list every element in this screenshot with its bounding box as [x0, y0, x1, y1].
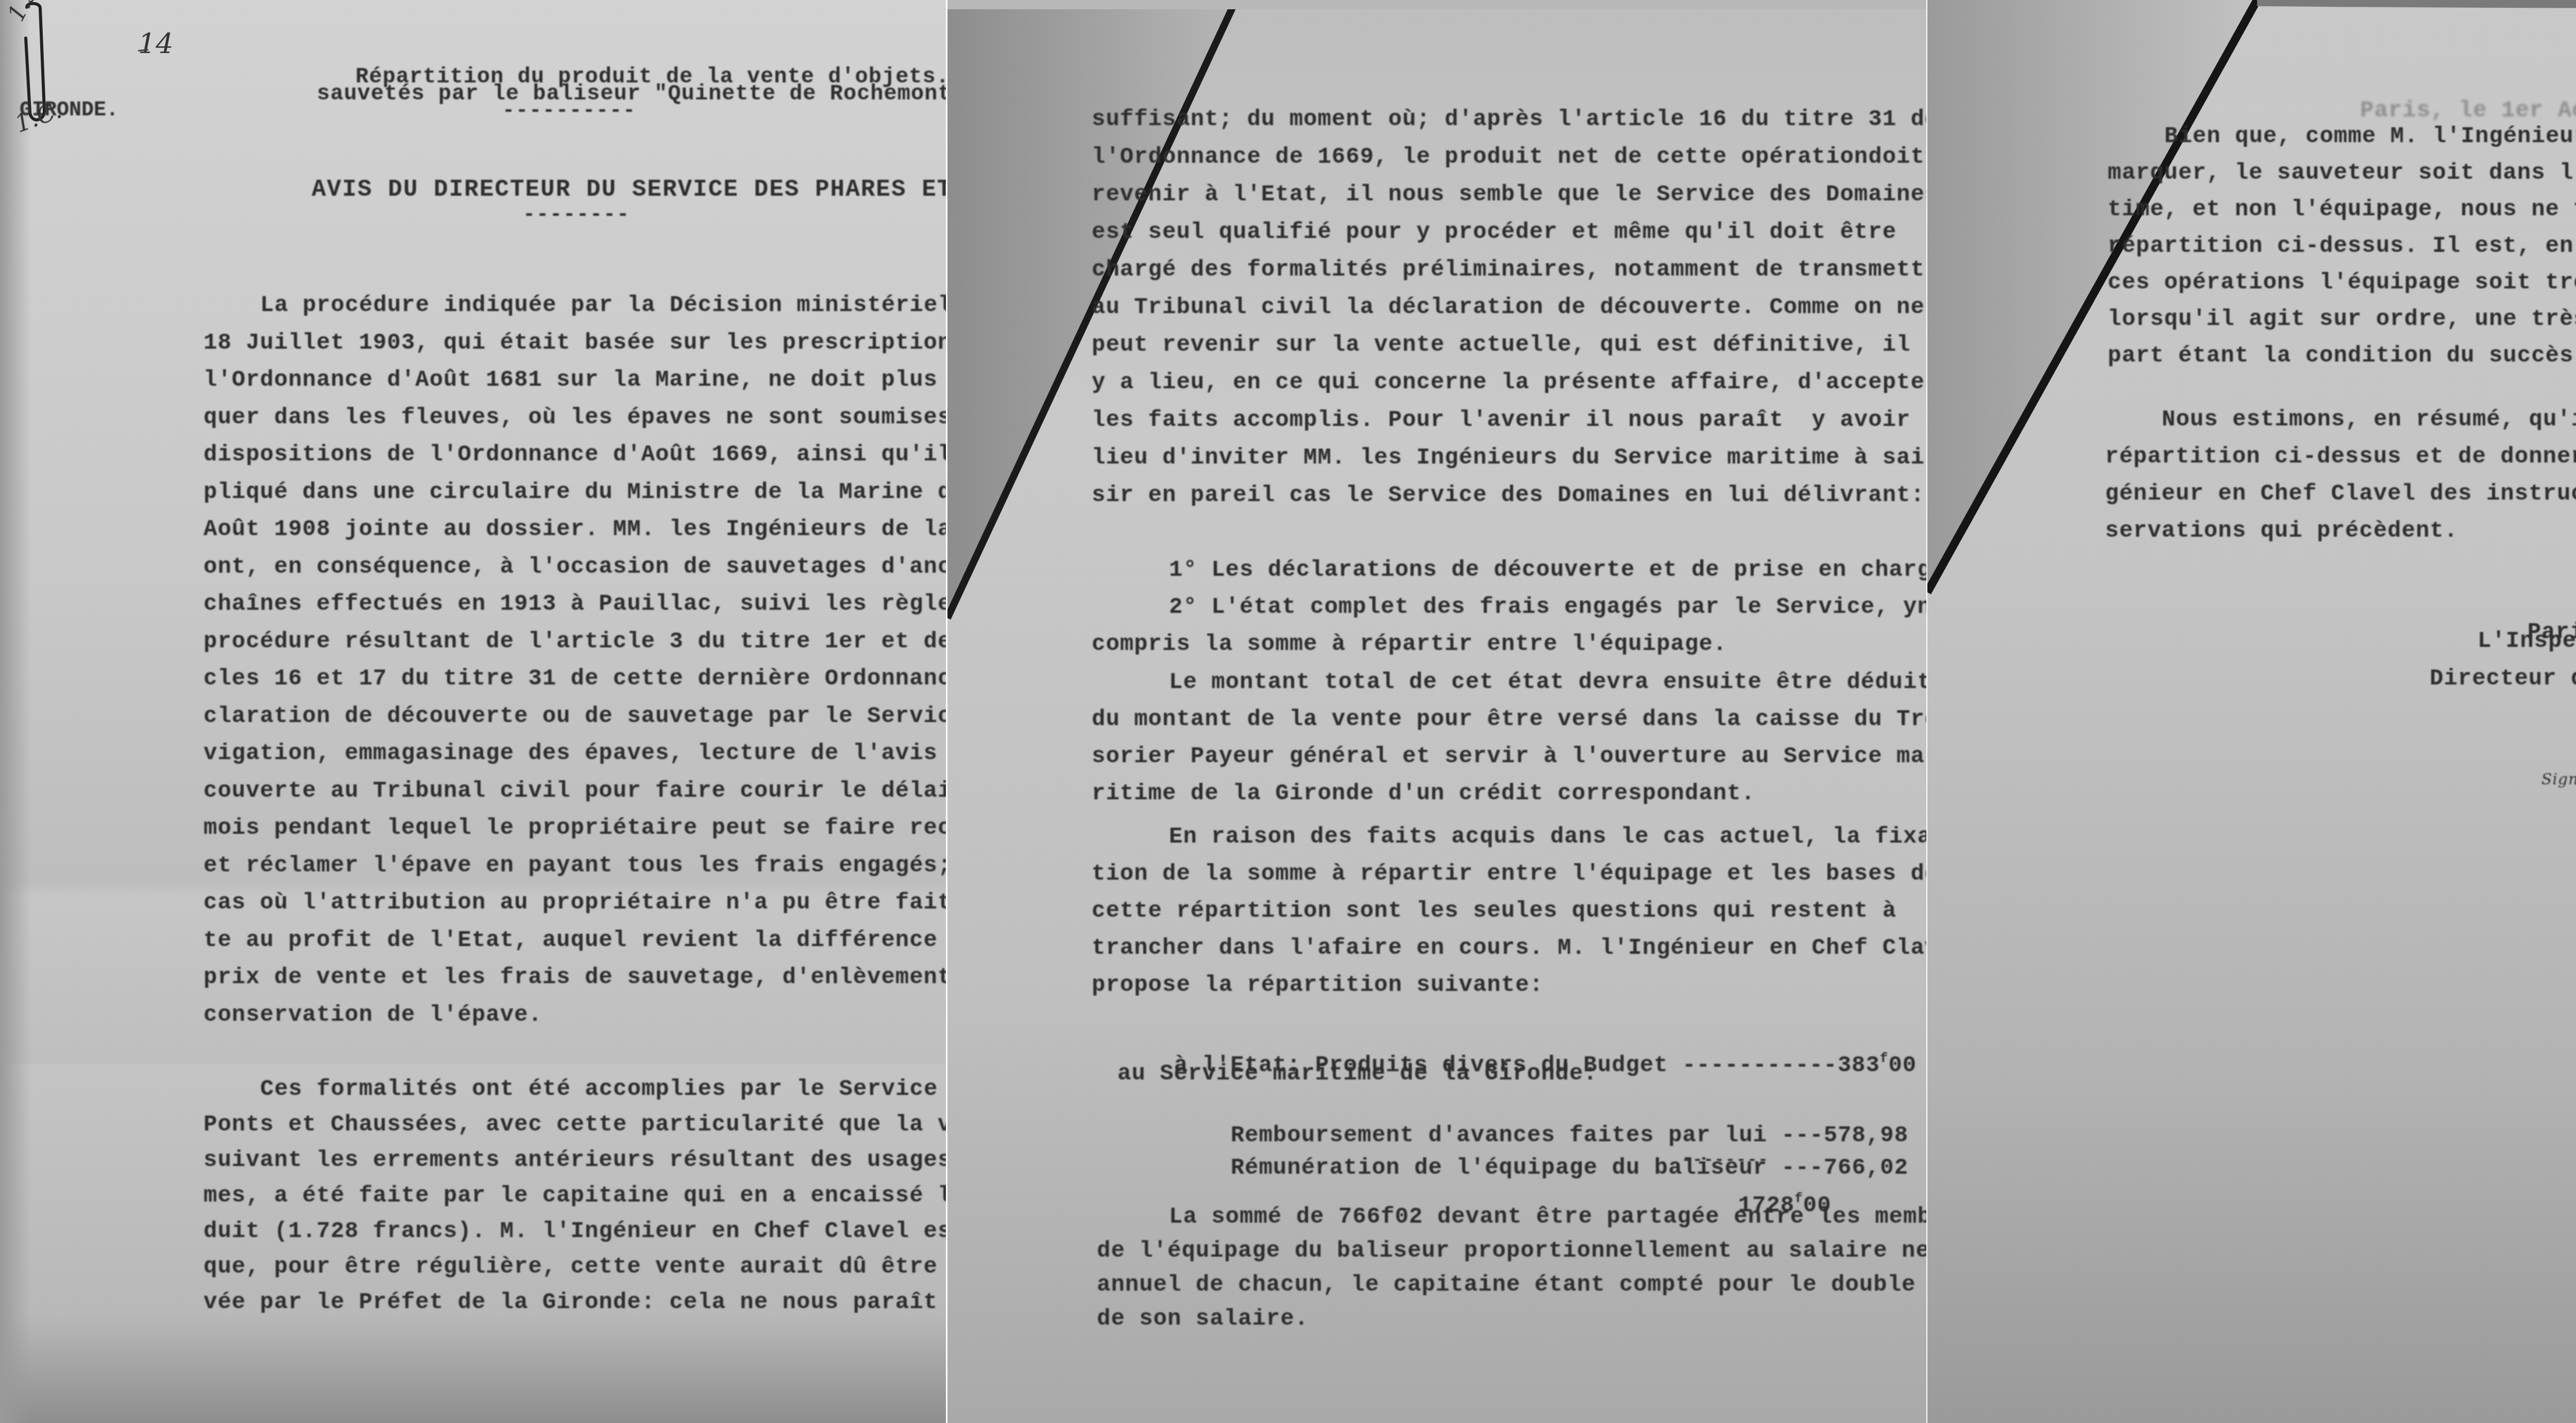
- text-line: 18 Juillet 1903, qui était basée sur les…: [204, 330, 946, 356]
- text-line: pliqué dans une circulaire du Ministre d…: [204, 479, 946, 505]
- text-line: En raison des faits acquis dans le cas a…: [1169, 824, 1926, 850]
- text-line: cles 16 et 17 du titre 31 de cette derni…: [204, 666, 946, 692]
- text-line: et réclamer l'épave en payant tous les f…: [204, 853, 946, 879]
- document-page-1: 1.364 14 1.C. GIRONDE. Répartition du pr…: [0, 0, 946, 1423]
- text-line: time, et non l'équipage, nous ne faisons…: [2108, 197, 2576, 222]
- page-1-left-shadow: [0, 0, 31, 1423]
- text-line: annuel de chacun, le capitaine étant com…: [1097, 1272, 1916, 1298]
- document-page-3: Paris, le 1er Août 1913 Bien que, comme …: [1927, 0, 2576, 1423]
- section-heading: AVIS DU DIRECTEUR DU SERVICE DES PHARES …: [312, 176, 946, 203]
- text-line: Ponts et Chaussées, avec cette particula…: [204, 1112, 946, 1138]
- text-line: trancher dans l'afaire en cours. M. l'In…: [1092, 935, 1926, 961]
- text-line: mes, a été faite par le capitaine qui en…: [204, 1183, 946, 1209]
- signatory-title: L'Inspecteur Général,: [2478, 628, 2576, 654]
- title-separator: ----------: [502, 99, 636, 123]
- text-line: de l'équipage du baliseur proportionnell…: [1097, 1238, 1926, 1264]
- text-line: La procédure indiquée par la Décision mi…: [260, 293, 946, 318]
- text-line: suffisant; du moment où; d'après l'artic…: [1092, 107, 1926, 132]
- text-line: l'Ordonnance de 1669, le produit net de …: [1092, 144, 1925, 170]
- list-continuation: compris la somme à répartir entre l'équi…: [1092, 631, 1727, 657]
- text-line: La sommé de 766f02 devant être partagée …: [1169, 1204, 1926, 1230]
- text-line: sir en pareil cas le Service des Domaine…: [1092, 483, 1925, 508]
- text-line: peut revenir sur la vente actuelle, qui …: [1092, 332, 1910, 358]
- text-line: procédure résultant de l'article 3 du ti…: [204, 629, 946, 655]
- faint-header-bleedthrough: Paris, le 1er Août 1913: [2360, 98, 2576, 124]
- text-line: marquer, le sauveteur soit dans l'espèce…: [2108, 160, 2576, 186]
- text-line: chaînes effectués en 1913 à Pauillac, su…: [204, 591, 946, 617]
- text-line: est seul qualifié pour y procéder et mêm…: [1092, 219, 1896, 245]
- text-line: sorier Payeur général et servir à l'ouve…: [1092, 744, 1926, 769]
- text-line: 2° L'état complet des frais engagés par …: [1169, 594, 1926, 620]
- text-line: répartition ci-dessus et de donner pour …: [2105, 444, 2576, 470]
- text-line: répartition ci-dessus. Il est, en effet,…: [2108, 233, 2576, 259]
- text-line: servations qui précèdent.: [2105, 518, 2458, 544]
- distribution-service-label: au Service maritime de la Gironde:: [1117, 1061, 1598, 1087]
- text-line: au Tribunal civil la déclaration de déco…: [1092, 295, 1925, 320]
- text-line: conservation de l'épave.: [204, 1002, 543, 1028]
- signatory-role: Directeur du Service des Phares et Balis…: [2430, 666, 2576, 692]
- text-line: du montant de la vente pour être versé d…: [1092, 707, 1926, 732]
- row-amount: 766,02: [1824, 1155, 1908, 1181]
- text-line: les faits accomplis. Pour l'avenir il no…: [1092, 407, 1910, 433]
- folio-number-annotation: 14: [138, 28, 174, 60]
- department-label: GIRONDE.: [20, 99, 118, 122]
- text-line: propose la répartition suivante:: [1092, 972, 1544, 998]
- text-line: quer dans les fleuves, où les épaves ne …: [204, 405, 946, 431]
- text-line: 1° Les déclarations de découverte et de …: [1169, 557, 1926, 583]
- text-line: suivant les errements antérieurs résulta…: [204, 1147, 946, 1173]
- text-line: couverte au Tribunal civil pour faire co…: [204, 778, 946, 804]
- text-line: dispositions de l'Ordonnance d'Août 1669…: [204, 442, 946, 468]
- signature-block: Signé:RIBIÈRE: [2485, 740, 2576, 817]
- text-line: cas où l'attribution au propriétaire n'a…: [204, 890, 946, 916]
- text-line: duit (1.728 francs). M. l'Ingénieur en C…: [204, 1219, 946, 1244]
- text-line: claration de découverte ou de sauvetage …: [204, 704, 946, 729]
- text-line: l'Ordonnance d'Août 1681 sur la Marine, …: [204, 367, 946, 393]
- text-line: vigation, emmagasinage des épaves, lectu…: [204, 741, 946, 766]
- text-line: vée par le Préfet de la Gironde: cela ne…: [204, 1290, 946, 1315]
- text-line: Ces formalités ont été accomplies par le…: [260, 1076, 946, 1102]
- text-line: revenir à l'Etat, il nous semble que le …: [1092, 182, 1926, 208]
- heading-separator: --------: [523, 203, 630, 227]
- state-amount-cents: 00: [1888, 1053, 1917, 1078]
- text-line: lorsqu'il agit sur ordre, une très grand…: [2108, 306, 2576, 332]
- text-line: Août 1908 jointe au dossier. MM. les Ing…: [204, 517, 946, 542]
- state-amount: 383: [1838, 1053, 1880, 1078]
- text-line: tion de la somme à répartir entre l'équi…: [1092, 861, 1926, 887]
- text-line: ritime de la Gironde d'un crédit corresp…: [1092, 781, 1755, 807]
- text-line: Le montant total de cet état devra ensui…: [1169, 670, 1926, 695]
- text-line: ces opérations l'équipage soit très-larg…: [2108, 270, 2576, 296]
- text-line: te au profit de l'Etat, auquel revient l…: [204, 928, 946, 953]
- text-line: que, pour être régulière, cette vente au…: [204, 1254, 946, 1280]
- text-line: de son salaire.: [1097, 1306, 1309, 1332]
- text-line: mois pendant lequel le propriétaire peut…: [204, 815, 946, 841]
- text-line: chargé des formalités préliminaires, not…: [1092, 257, 1926, 283]
- text-line: part étant la condition du succès.: [2108, 343, 2576, 369]
- text-line: génieur en Chef Clavel des instructions …: [2105, 481, 2576, 507]
- text-line: cette répartition sont les seules questi…: [1092, 898, 1896, 924]
- text-line: y a lieu, en ce qui concerne la présente…: [1092, 370, 1926, 396]
- document-page-2: suffisant; du moment où; d'après l'artic…: [947, 0, 1926, 1423]
- text-line: Nous estimons, en résumé, qu'il y a lieu…: [2162, 407, 2576, 433]
- state-leader: -----------: [1682, 1053, 1837, 1078]
- text-line: lieu d'inviter MM. les Ingénieurs du Ser…: [1092, 445, 1926, 471]
- text-line: Bien que, comme M. l'Ingénieur en Chef C…: [2164, 124, 2576, 149]
- state-amount-unit: f: [1880, 1051, 1889, 1066]
- text-line: prix de vente et les frais de sauvetage,…: [204, 965, 946, 990]
- text-line: ont, en conséquence, à l'occasion de sau…: [204, 554, 946, 580]
- signature-prefix: Signé:: [2541, 770, 2576, 788]
